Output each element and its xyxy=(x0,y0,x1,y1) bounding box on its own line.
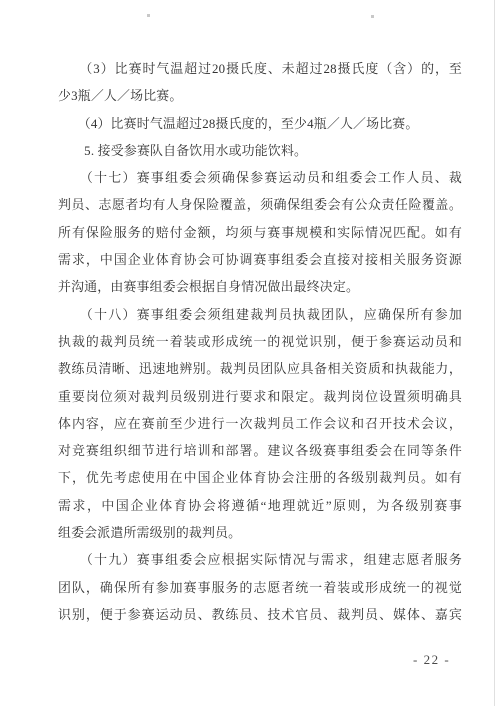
paragraph: （十九）赛事组委会应根据实际情况与需求，组建志愿者服务团队，确保所有参加赛事服务… xyxy=(58,547,462,629)
paragraph: （十八）赛事组委会须组建裁判员执裁团队，应确保所有参加执裁的裁判员统一着装或形成… xyxy=(58,302,462,548)
text-line: 体内容，应在赛前至少进行一次裁判员工作会议和召开技术会议， xyxy=(58,411,462,438)
text-line: 对竞赛组织细节进行培训和部署。建议各级赛事组委会在同等条件 xyxy=(58,438,462,465)
text-line: 团队，确保所有参加赛事服务的志愿者统一着装或形成统一的视觉 xyxy=(58,575,462,602)
text-line: 需求，中国企业体育协会将遵循“地理就近”原则，为各级别赛事 xyxy=(58,493,462,520)
document-body: （3）比赛时气温超过20摄氏度、未超过28摄氏度（含）的，至少3瓶／人／场比赛。… xyxy=(58,56,462,629)
text-line: （十七）赛事组委会须确保参赛运动员和组委会工作人员、裁 xyxy=(58,165,462,192)
text-line: （3）比赛时气温超过20摄氏度、未超过28摄氏度（含）的，至 xyxy=(58,56,462,83)
text-line: （十九）赛事组委会应根据实际情况与需求，组建志愿者服务 xyxy=(58,547,462,574)
text-line: 组委会派遣所需级别的裁判员。 xyxy=(58,520,462,547)
text-line: （十八）赛事组委会须组建裁判员执裁团队，应确保所有参加 xyxy=(58,302,462,329)
scan-speck xyxy=(371,15,374,18)
text-line: 5. 接受参赛队自备饮用水或功能饮料。 xyxy=(58,138,462,165)
text-line: 重要岗位须对裁判员级别进行要求和限定。裁判岗位设置须明确具 xyxy=(58,384,462,411)
text-line: 执裁的裁判员统一着装或形成统一的视觉识别，便于参赛运动员和 xyxy=(58,329,462,356)
paragraph: （十七）赛事组委会须确保参赛运动员和组委会工作人员、裁判员、志愿者均有人身保险覆… xyxy=(58,165,462,301)
paragraph: （3）比赛时气温超过20摄氏度、未超过28摄氏度（含）的，至少3瓶／人／场比赛。 xyxy=(58,56,462,111)
scan-edge-line xyxy=(494,0,495,706)
document-page: （3）比赛时气温超过20摄氏度、未超过28摄氏度（含）的，至少3瓶／人／场比赛。… xyxy=(0,0,500,706)
text-line: 识别，便于参赛运动员、教练员、技术官员、裁判员、媒体、嘉宾 xyxy=(58,602,462,629)
text-line: 判员、志愿者均有人身保险覆盖，须确保组委会有公众责任险覆盖。 xyxy=(58,192,462,219)
text-line: 教练员清晰、迅速地辨别。裁判员团队应具备相关资质和执裁能力， xyxy=(58,356,462,383)
text-line: （4）比赛时气温超过28摄氏度的，至少4瓶／人／场比赛。 xyxy=(58,111,462,138)
scan-speck xyxy=(147,14,150,17)
paragraph: 5. 接受参赛队自备饮用水或功能饮料。 xyxy=(58,138,462,165)
text-line: 少3瓶／人／场比赛。 xyxy=(58,83,462,110)
page-number: - 22 - xyxy=(413,652,450,668)
text-line: 需求，中国企业体育协会可协调赛事组委会直接对接相关服务资源 xyxy=(58,247,462,274)
paragraph: （4）比赛时气温超过28摄氏度的，至少4瓶／人／场比赛。 xyxy=(58,111,462,138)
text-line: 所有保险服务的赔付金额，均须与赛事规模和实际情况匹配。如有 xyxy=(58,220,462,247)
text-line: 下，优先考虑使用在中国企业体育协会注册的各级别裁判员。如有 xyxy=(58,465,462,492)
text-line: 并沟通，由赛事组委会根据自身情况做出最终决定。 xyxy=(58,274,462,301)
